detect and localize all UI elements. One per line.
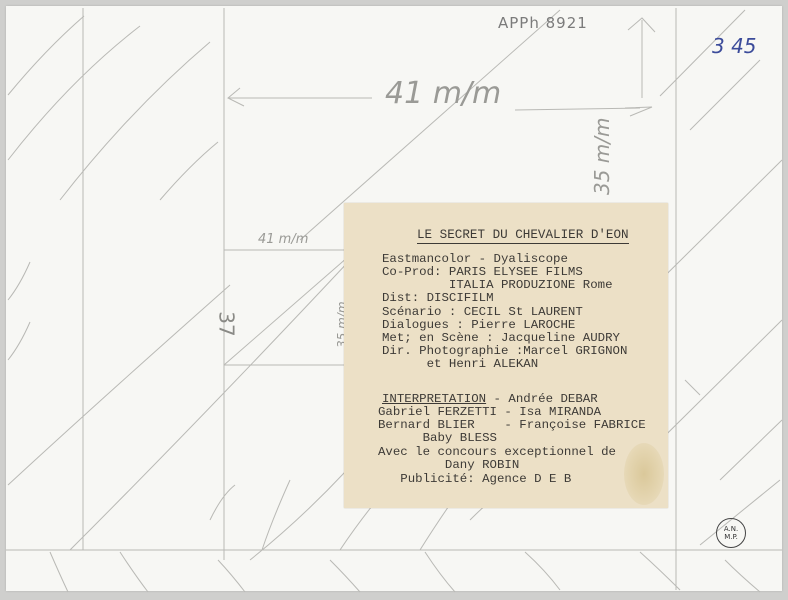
stain [624,443,664,505]
typed-credits-label: LE SECRET DU CHEVALIER D'EON Eastmancolo… [344,203,668,508]
item-number: 3 45 [712,34,757,58]
archive-stamp: A.N. M.P. [716,518,746,548]
film-title: LE SECRET DU CHEVALIER D'EON [417,229,629,244]
number-note: 37 [215,311,239,336]
archive-reference: APPh 8921 [498,14,588,32]
credit-line: Dist: DISCIFILM [382,292,494,305]
width-dimension-note: 41 m/m [385,76,501,111]
small-width-note: 41 m/m [258,232,308,247]
cast-line: Dany ROBIN [378,459,519,472]
cast-line: Publicité: Agence D E B [378,473,571,486]
cast-line: Baby BLESS [378,432,497,445]
stamp-line-1: A.N. [724,525,738,533]
credit-line: et Henri ALEKAN [382,358,538,371]
stamp-line-2: M.P. [724,533,738,541]
height-dimension-note: 35 m/m [590,117,614,195]
